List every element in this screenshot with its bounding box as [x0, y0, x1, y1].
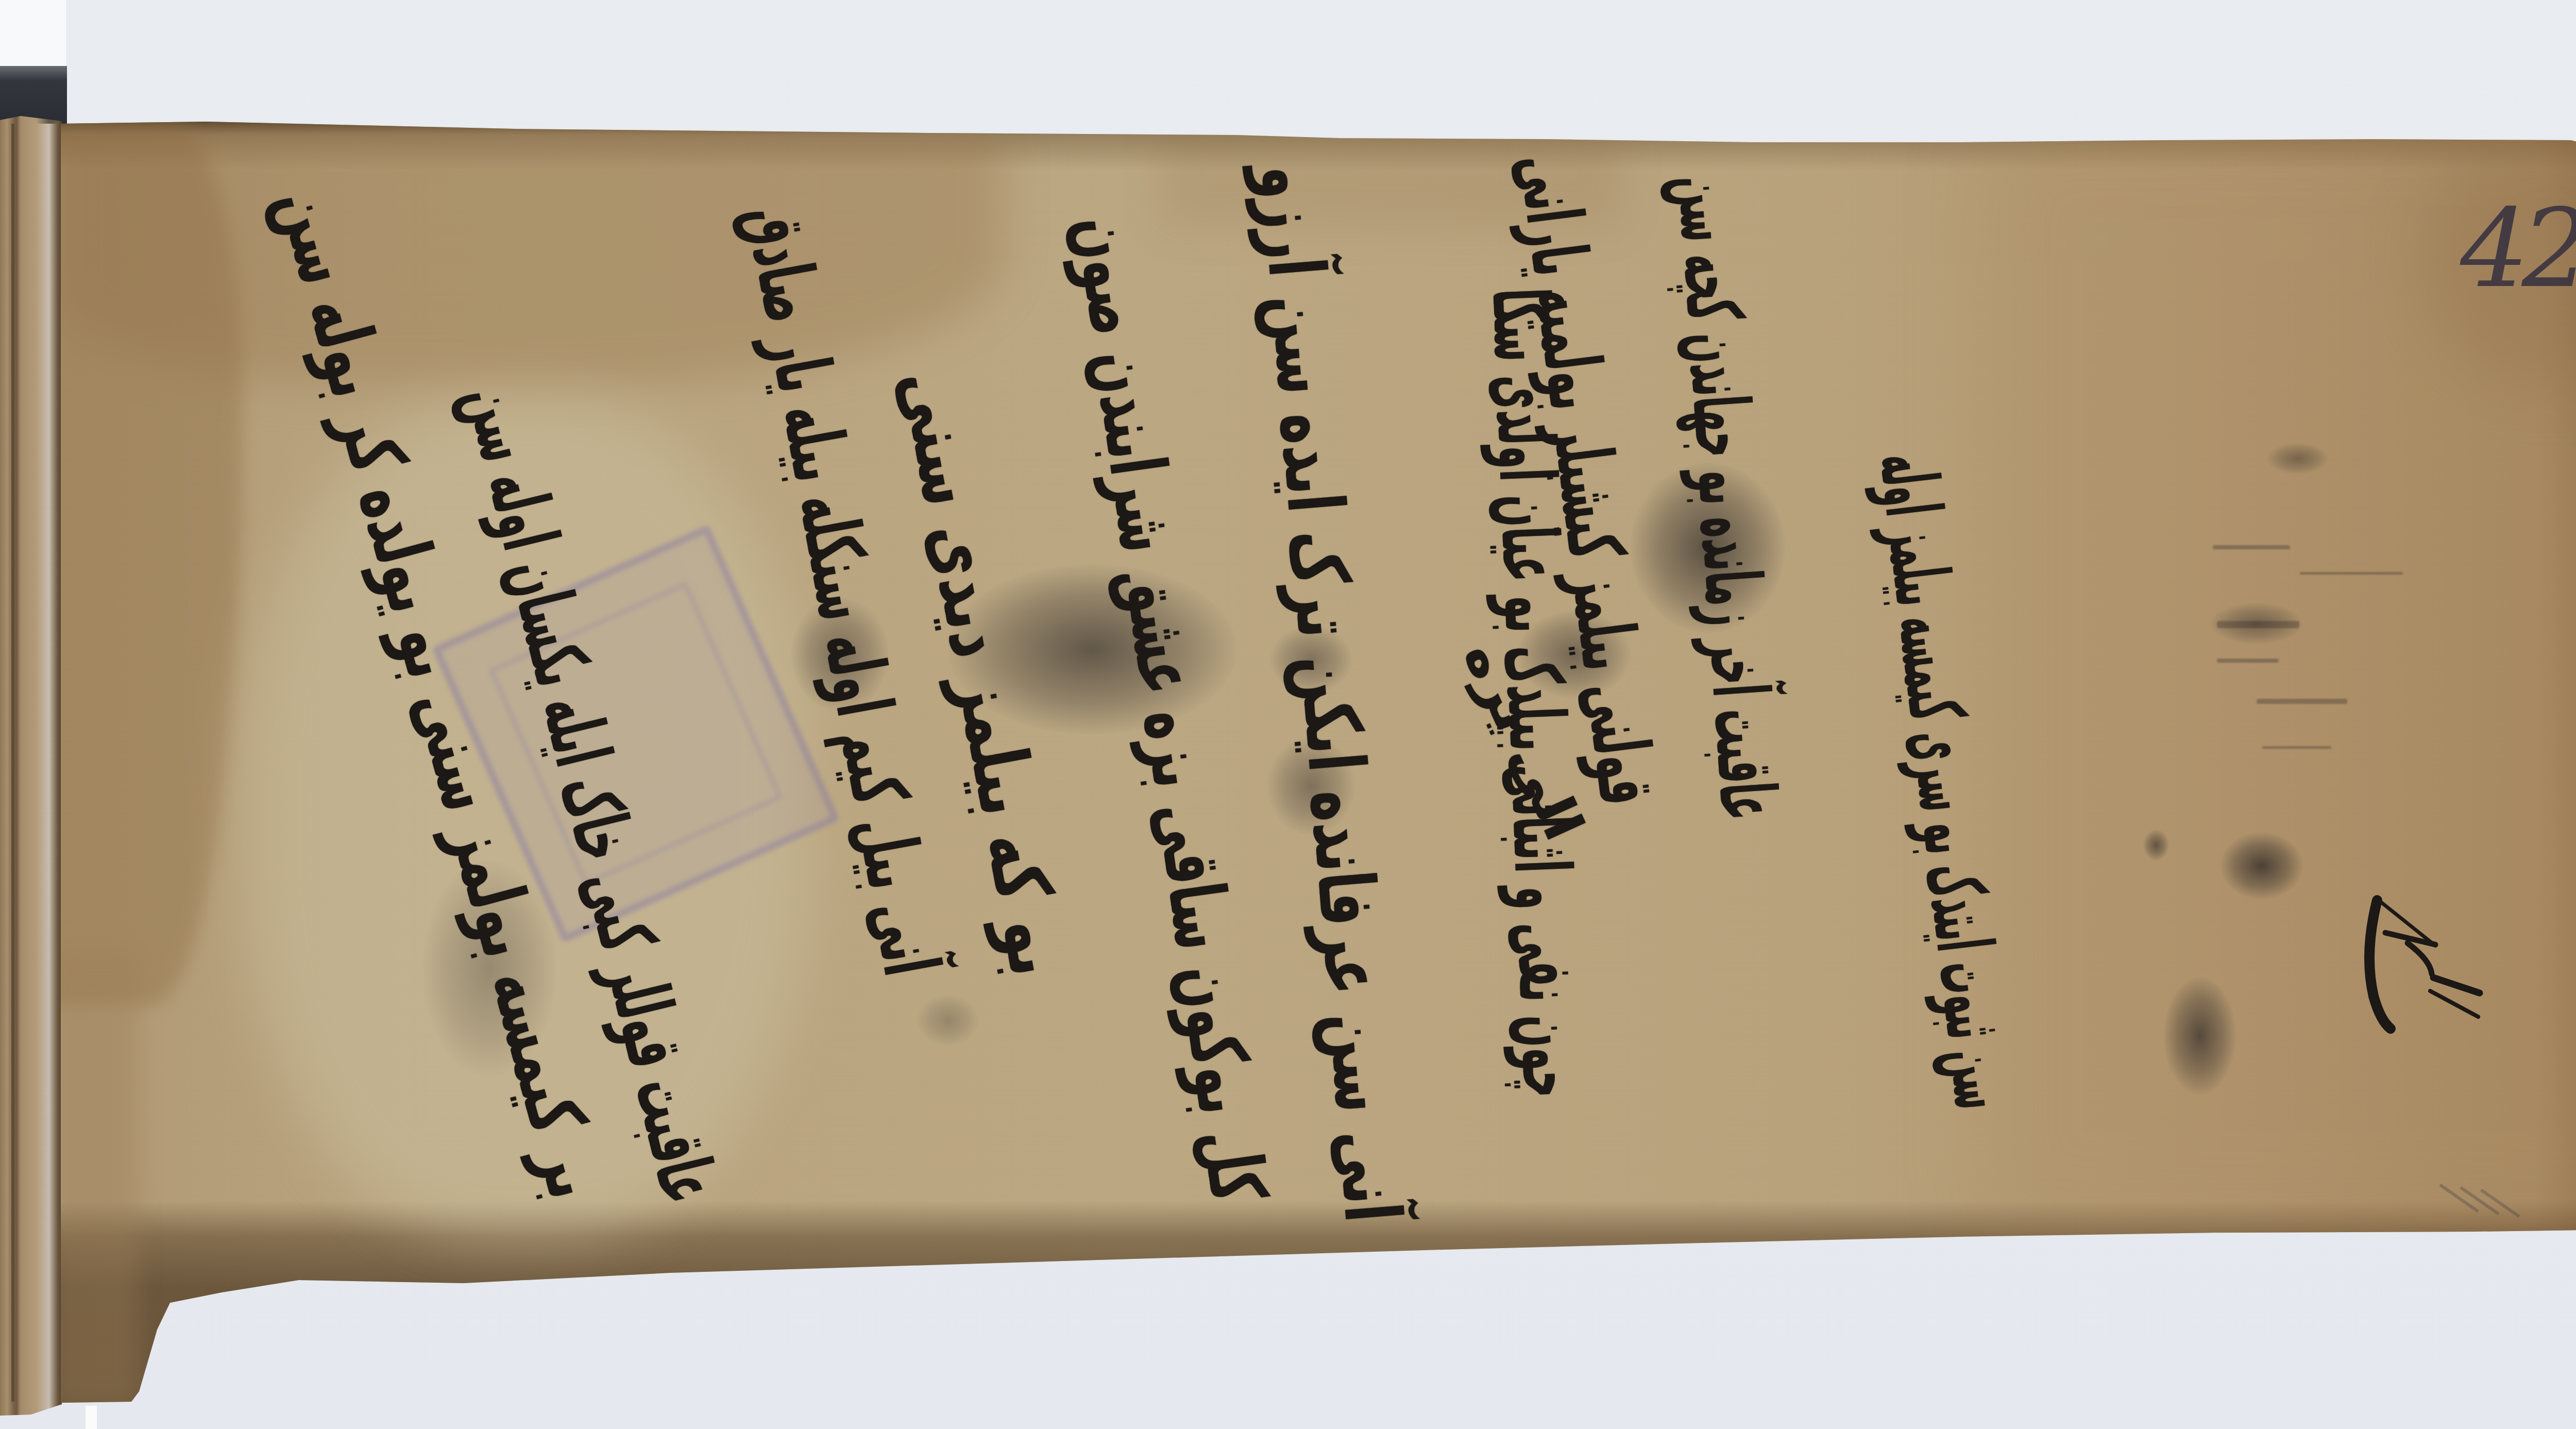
scanner-white-strip — [86, 1406, 97, 1429]
offset-mark — [2217, 621, 2299, 628]
scan-background: 42 چون نفی و اثباتی بیلدک بو عیان اولدی … — [0, 0, 2576, 1429]
text-line-content: عاقبت آخر زمانده بو جهاندن کچه سن — [1660, 172, 1793, 822]
ink-smudge — [917, 995, 979, 1046]
water-stain-left — [46, 119, 242, 1005]
offset-mark — [2257, 699, 2347, 704]
offset-mark — [2217, 659, 2279, 663]
folio-number: 42 — [2460, 186, 2576, 312]
offset-mark — [2300, 572, 2403, 575]
manuscript-leaf: 42 چون نفی و اثباتی بیلدک بو عیان اولدی … — [0, 0, 2576, 1429]
scanner-white-patch — [0, 0, 66, 66]
marginal-mark-icon — [2360, 892, 2494, 1036]
ink-smudge — [2267, 443, 2329, 474]
ink-blot — [2164, 977, 2236, 1095]
binding-crease — [11, 124, 14, 1402]
ink-blot — [2143, 830, 2169, 861]
ink-blot — [2221, 832, 2303, 899]
scanner-clip — [0, 66, 67, 124]
offset-mark — [2213, 545, 2290, 549]
offset-mark — [2262, 746, 2331, 749]
book-binding-strip — [0, 116, 62, 1416]
water-stain-left-lower — [52, 953, 139, 1407]
